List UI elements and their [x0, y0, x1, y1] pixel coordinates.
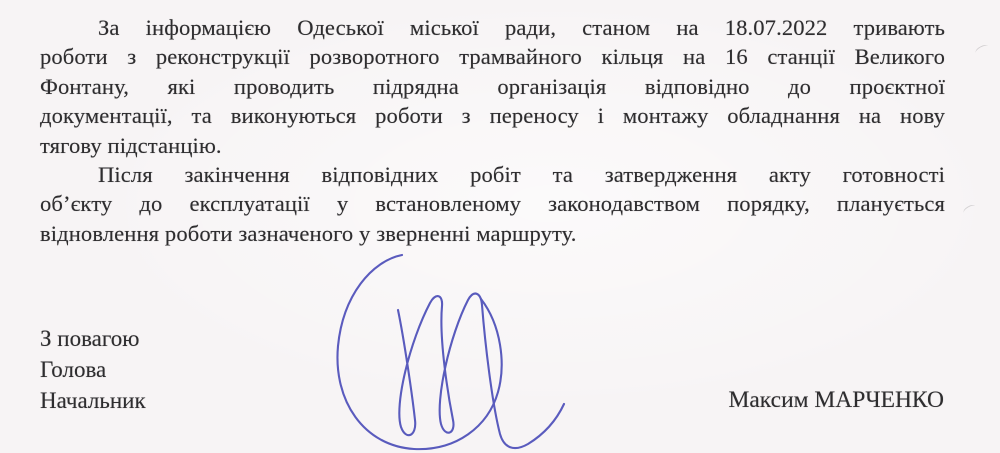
text-line: тягову підстанцію. — [40, 131, 945, 160]
text-line: За інформацією Одеської міської ради, ст… — [40, 13, 945, 42]
text-line: об’єкту до експлуатації у встановленому … — [40, 189, 945, 218]
scanned-letter-page: За інформацією Одеської міської ради, ст… — [0, 0, 1000, 453]
closing-title-golova: Голова — [40, 354, 146, 385]
scan-artifact — [974, 43, 990, 56]
text-line: Після закінчення відповідних робіт та за… — [40, 160, 945, 189]
text-line: відновлення роботи зазначеного у звернен… — [40, 219, 945, 248]
text-line: документації, та виконуються роботи з пе… — [40, 101, 945, 130]
paragraph-1: За інформацією Одеської міської ради, ст… — [40, 13, 945, 160]
text-line: роботи з реконструкції розворотного трам… — [40, 42, 945, 71]
closing-block: З повагою Голова Начальник — [40, 323, 146, 416]
scan-artifact — [962, 203, 977, 216]
signatory-name: Максим МАРЧЕНКО — [728, 385, 944, 416]
handwritten-signature-icon — [320, 243, 620, 453]
text-line: Фонтану, які проводить підрядна організа… — [40, 72, 945, 101]
closing-title-nachalnyk: Начальник — [40, 385, 146, 416]
letter-body: За інформацією Одеської міської ради, ст… — [40, 13, 945, 248]
closing-salutation: З повагою — [40, 323, 146, 354]
paragraph-2: Після закінчення відповідних робіт та за… — [40, 160, 945, 248]
